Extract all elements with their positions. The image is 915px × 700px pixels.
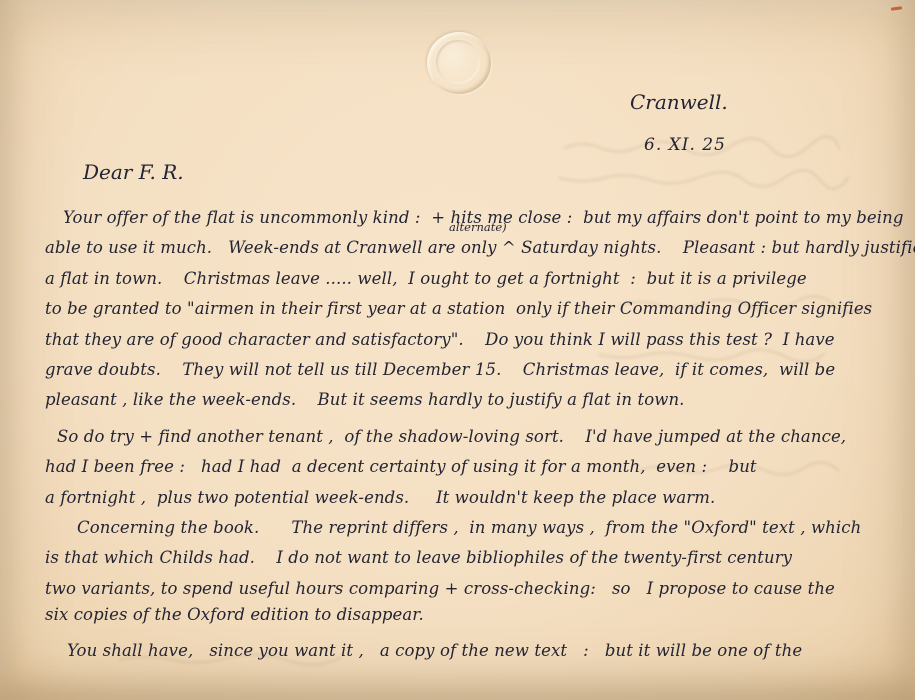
- letter-paper: Cranwell. 6. XI. 25 Dear F. R. alternate…: [0, 0, 915, 700]
- letter-line: a fortnight , plus two potential week-en…: [45, 483, 910, 513]
- letter-line: able to use it much. Week-ends at Cranwe…: [45, 233, 910, 263]
- place-line: Cranwell.: [630, 90, 728, 114]
- letter-line: had I been free : had I had a decent cer…: [45, 452, 910, 482]
- date-line: 6. XI. 25: [644, 135, 726, 155]
- insertion-word: alternate): [449, 220, 507, 234]
- letter-body: alternate) Your offer of the flat is unc…: [45, 203, 910, 667]
- letter-line: is that which Childs had. I do not want …: [45, 543, 910, 573]
- letter-line: Concerning the book. The reprint differs…: [45, 513, 910, 543]
- red-ink-mark: [891, 6, 902, 11]
- letter-line: that they are of good character and sati…: [45, 325, 910, 355]
- embossed-seal: [427, 32, 491, 94]
- letter-line: So do try + find another tenant , of the…: [45, 422, 910, 452]
- embossed-seal-inner-ring: [436, 40, 480, 84]
- letter-line: pleasant , like the week-ends. But it se…: [45, 385, 910, 415]
- letter-line: to be granted to "airmen in their first …: [45, 294, 910, 324]
- letter-line: You shall have, since you want it , a co…: [45, 636, 910, 666]
- letter-line: a flat in town. Christmas leave ..... we…: [45, 264, 910, 294]
- salutation: Dear F. R.: [83, 160, 184, 184]
- letter-line: six copies of the Oxford edition to disa…: [45, 600, 910, 630]
- letter-line: grave doubts. They will not tell us till…: [45, 355, 910, 385]
